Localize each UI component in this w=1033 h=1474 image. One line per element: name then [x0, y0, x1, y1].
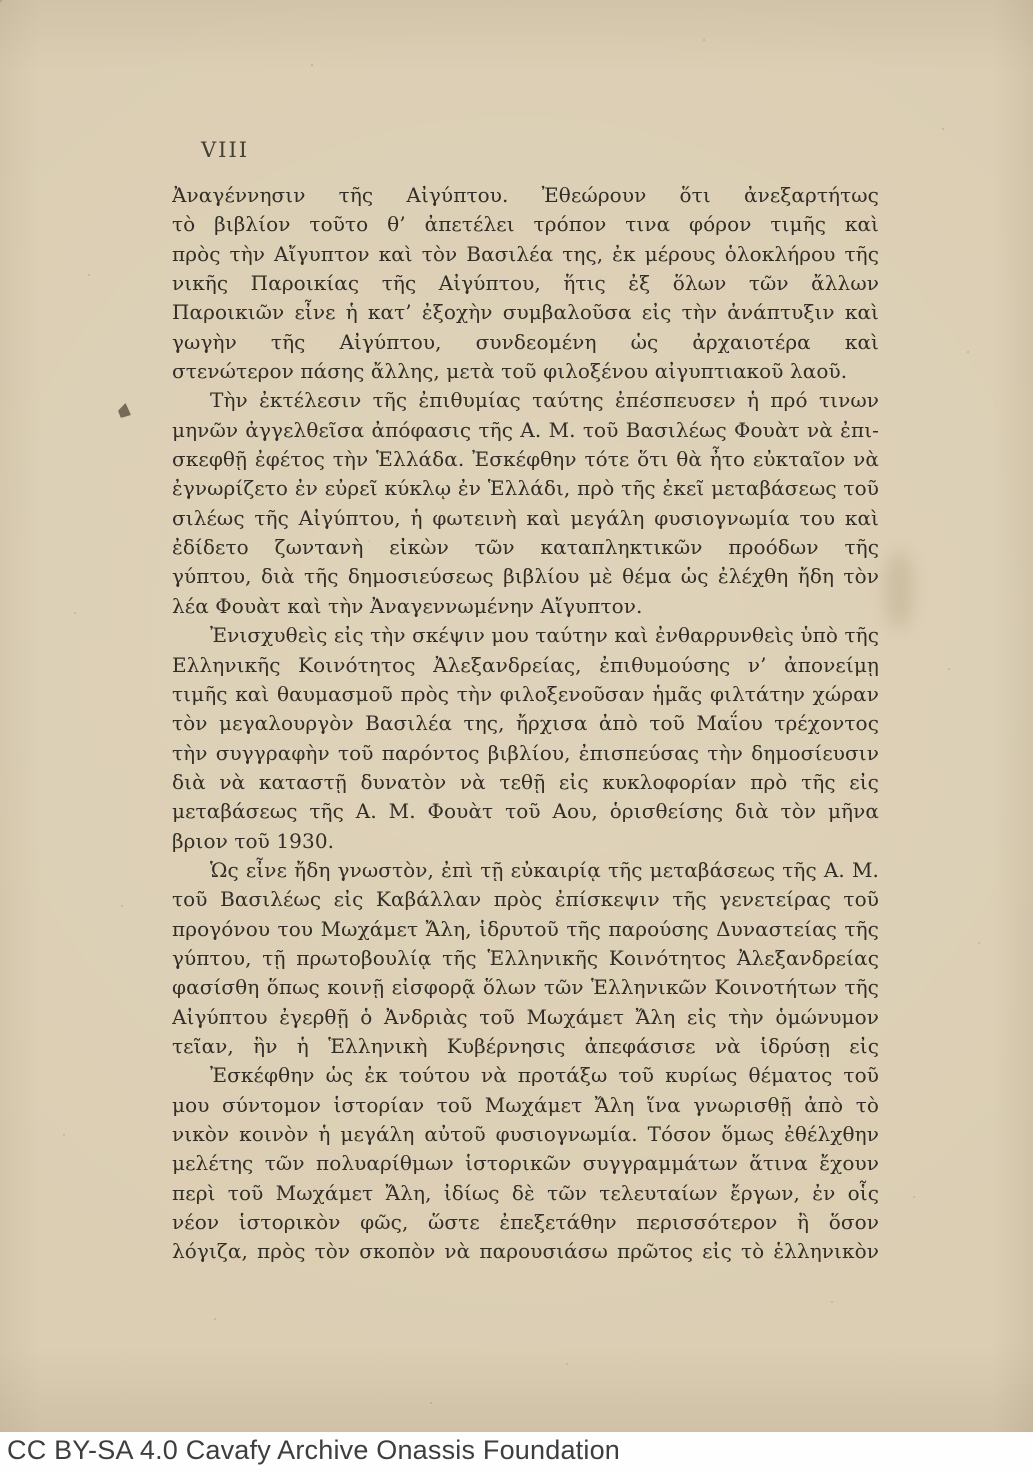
ink-speck	[118, 403, 131, 418]
text-line: Ὡς εἶνε ἤδη γνωστὸν, ἐπὶ τῇ εὐκαιρίᾳ τῆς…	[172, 856, 879, 885]
paper-smudge	[884, 550, 914, 630]
text-line: στενώτερον πάσης ἄλλης, μετὰ τοῦ φιλοξέν…	[172, 357, 879, 386]
text-line: τεῖαν, ἣν ἡ Ἑλληνικὴ Κυβέρνησις ἀπεφάσισ…	[172, 1032, 879, 1061]
text-line: μελέτης τῶν πολυαρίθμων ἱστορικῶν συγγρα…	[172, 1149, 879, 1178]
page-number: VIII	[201, 138, 249, 162]
text-line: Ἐνισχυθεὶς εἰς τὴν σκέψιν μου ταύτην καὶ…	[172, 621, 879, 650]
text-line: ἐδίδετο ζωντανὴ εἰκὼν τῶν καταπληκτικῶν …	[172, 533, 879, 562]
text-line: Ἀναγέννησιν τῆς Αἰγύπτου. Ἐθεώρουν ὅτι ἀ…	[172, 181, 879, 210]
text-line: τοῦ Βασιλέως εἰς Καβάλλαν πρὸς ἐπίσκεψιν…	[172, 885, 879, 914]
text-line: πρὸς τὴν Αἴγυπτον καὶ τὸν Βασιλέα της, ἐ…	[172, 240, 879, 269]
text-line: γύπτου, διὰ τῆς δημοσιεύσεως βιβλίου μὲ …	[172, 562, 879, 591]
text-line: Παροικιῶν εἶνε ἡ κατ’ ἐξοχὴν συμβαλοῦσα …	[172, 298, 879, 327]
text-line: Ελληνικῆς Κοινότητος Ἀλεξανδρείας, ἐπιθυ…	[172, 651, 879, 680]
text-line: Αἰγύπτου ἐγερθῇ ὁ Ἀνδριὰς τοῦ Μωχάμετ Ἄλ…	[172, 1003, 879, 1032]
paragraph: Ἐνισχυθεὶς εἰς τὴν σκέψιν μου ταύτην καὶ…	[172, 621, 879, 856]
text-line: ἐγνωρίζετο ἐν εὐρεῖ κύκλῳ ἐν Ἑλλάδι, πρὸ…	[172, 474, 879, 503]
text-line: διὰ νὰ καταστῇ δυνατὸν νὰ τεθῇ εἰς κυκλο…	[172, 768, 879, 797]
paragraph: Τὴν ἐκτέλεσιν τῆς ἐπιθυμίας ταύτης ἐπέσπ…	[172, 386, 879, 621]
text-line: γύπτου, τῇ πρωτοβουλίᾳ τῆς Ἑλληνικῆς Κοι…	[172, 944, 879, 973]
text-line: νέον ἱστορικὸν φῶς, ὥστε ἐπεξετάθην περι…	[172, 1208, 879, 1237]
text-line: τὸν μεγαλουργὸν Βασιλέα της, ἤρχισα ἀπὸ …	[172, 709, 879, 738]
text-line: βριον τοῦ 1930.	[172, 827, 879, 856]
text-line: τὸ βιβλίον τοῦτο θ’ ἀπετέλει τρόπον τινα…	[172, 210, 879, 239]
text-line: σκεφθῇ ἐφέτος τὴν Ἑλλάδα. Ἐσκέφθην τότε …	[172, 445, 879, 474]
text-line: νικὸν κοινὸν ἡ μεγάλη αὐτοῦ φυσιογνωμία.…	[172, 1120, 879, 1149]
paragraph: Ὡς εἶνε ἤδη γνωστὸν, ἐπὶ τῇ εὐκαιρίᾳ τῆς…	[172, 856, 879, 1061]
text-line: Ἐσκέφθην ὡς ἐκ τούτου νὰ προτάξω τοῦ κυρ…	[172, 1061, 879, 1090]
license-bar: CC BY-SA 4.0 Cavafy Archive Onassis Foun…	[0, 1432, 1033, 1474]
text-line: φασίσθη ὅπως κοινῇ εἰσφορᾷ ὅλων τῶν Ἑλλη…	[172, 973, 879, 1002]
scanned-book-page: VIII Ἀναγέννησιν τῆς Αἰγύπτου. Ἐθεώρουν …	[0, 0, 1033, 1432]
text-line: τιμῆς καὶ θαυμασμοῦ πρὸς τὴν φιλοξενοῦσα…	[172, 680, 879, 709]
text-line: μου σύντομον ἱστορίαν τοῦ Μωχάμετ Ἄλη ἵν…	[172, 1091, 879, 1120]
text-line: μεταβάσεως τῆς Α. Μ. Φουὰτ τοῦ Αου, ὁρισ…	[172, 797, 879, 826]
body-text: Ἀναγέννησιν τῆς Αἰγύπτου. Ἐθεώρουν ὅτι ἀ…	[172, 181, 879, 1267]
text-line: Τὴν ἐκτέλεσιν τῆς ἐπιθυμίας ταύτης ἐπέσπ…	[172, 386, 879, 415]
text-line: νικῆς Παροικίας τῆς Αἰγύπτου, ἥτις ἐξ ὅλ…	[172, 269, 879, 298]
paragraph: Ἐσκέφθην ὡς ἐκ τούτου νὰ προτάξω τοῦ κυρ…	[172, 1061, 879, 1266]
text-line: τὴν συγγραφὴν τοῦ παρόντος βιβλίου, ἐπισ…	[172, 739, 879, 768]
text-line: μηνῶν ἀγγελθεῖσα ἀπόφασις τῆς Α. Μ. τοῦ …	[172, 416, 879, 445]
paragraph: Ἀναγέννησιν τῆς Αἰγύπτου. Ἐθεώρουν ὅτι ἀ…	[172, 181, 879, 386]
license-text: CC BY-SA 4.0 Cavafy Archive Onassis Foun…	[7, 1435, 620, 1466]
text-line: σιλέως τῆς Αἰγύπτου, ἡ φωτεινὴ καὶ μεγάλ…	[172, 504, 879, 533]
text-line: περὶ τοῦ Μωχάμετ Ἄλη, ἰδίως δὲ τῶν τελευ…	[172, 1179, 879, 1208]
text-line: λόγιζα, πρὸς τὸν σκοπὸν νὰ παρουσιάσω πρ…	[172, 1237, 879, 1266]
text-line: λέα Φουὰτ καὶ τὴν Ἀναγεννωμένην Αἴγυπτον…	[172, 592, 879, 621]
text-line: προγόνου του Μωχάμετ Ἄλη, ἱδρυτοῦ τῆς πα…	[172, 915, 879, 944]
text-line: γωγὴν τῆς Αἰγύπτου, συνδεομένη ὡς ἀρχαιο…	[172, 328, 879, 357]
